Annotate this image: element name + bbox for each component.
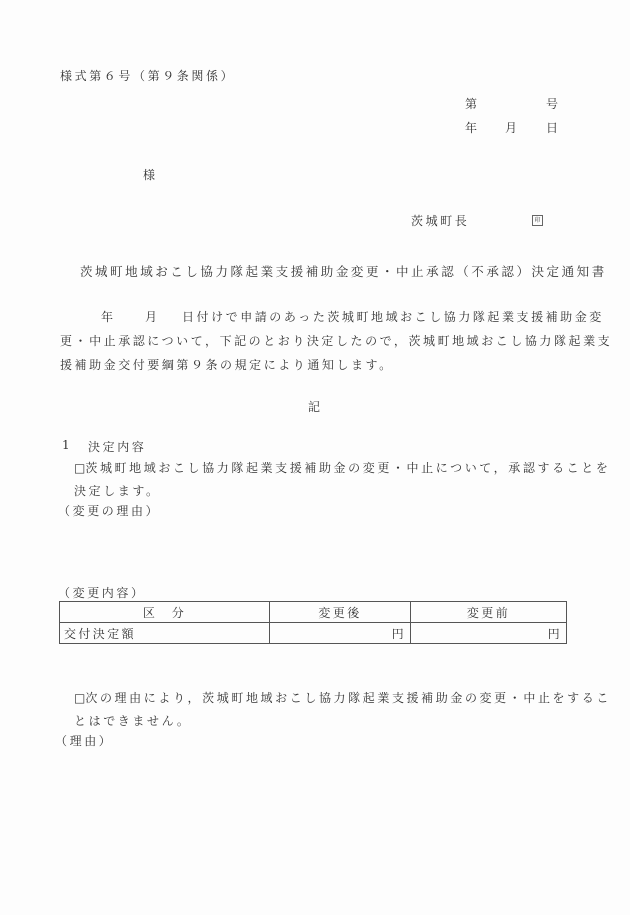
body-line-3: 援補助金交付要綱第９条の規定により通知します。 <box>60 356 394 373</box>
date-year-label: 年 <box>465 119 477 136</box>
reason-label: （理由） <box>55 732 113 749</box>
date-day-label: 日 <box>546 119 558 136</box>
addressee-suffix: 様 <box>143 166 155 183</box>
cell-category: 交付決定額 <box>60 623 270 644</box>
body-line-2: 更・中止承認について，下記のとおり決定したので，茨城町地域おこし協力隊起業支 <box>60 332 612 349</box>
approve-text-line-1: 茨城町地域おこし協力隊起業支援補助金の変更・中止について，承認することを <box>85 461 610 475</box>
approve-option[interactable]: □茨城町地域おこし協力隊起業支援補助金の変更・中止について，承認することを <box>74 459 610 476</box>
approve-checkbox[interactable]: □ <box>74 461 85 475</box>
section-number: 1 <box>62 438 70 452</box>
document-number-suffix: 号 <box>546 95 558 112</box>
document-title: 茨城町地域おこし協力隊起業支援補助金変更・中止承認（不承認）決定通知書 <box>80 262 607 280</box>
reject-text-line-2: とはできません。 <box>74 712 192 729</box>
section-heading: 決定内容 <box>88 438 146 455</box>
change-content-label: （変更内容） <box>58 584 146 601</box>
header-after: 変更後 <box>270 602 411 623</box>
body-year: 年 <box>101 308 116 325</box>
sender-name: 茨城町長 <box>411 212 469 229</box>
seal-mark: 印 <box>532 213 543 227</box>
body-month: 月 <box>145 308 160 325</box>
table-header-row: 区 分 変更後 変更前 <box>60 602 567 623</box>
change-reason-label: （変更の理由） <box>58 502 160 519</box>
table-row: 交付決定額 円 円 <box>60 623 567 644</box>
seal-icon: 印 <box>532 215 543 226</box>
reject-text-line-1: 次の理由により，茨城町地域おこし協力隊起業支援補助金の変更・中止をするこ <box>85 691 611 705</box>
ki-heading: 記 <box>308 398 320 415</box>
document-number-prefix: 第 <box>465 95 477 112</box>
form-number: 様式第６号（第９条関係） <box>60 67 235 84</box>
cell-before-amount[interactable]: 円 <box>411 623 567 644</box>
approve-text-line-2: 決定します。 <box>74 482 161 499</box>
header-before: 変更前 <box>411 602 567 623</box>
reject-option[interactable]: □次の理由により，茨城町地域おこし協力隊起業支援補助金の変更・中止をするこ <box>74 689 611 706</box>
date-month-label: 月 <box>505 119 517 136</box>
header-category: 区 分 <box>60 602 270 623</box>
change-content-table: 区 分 変更後 変更前 交付決定額 円 円 <box>59 601 567 644</box>
reject-checkbox[interactable]: □ <box>74 691 85 705</box>
cell-after-amount[interactable]: 円 <box>270 623 411 644</box>
body-line-1: 日付けで申請のあった茨城町地域おこし協力隊起業支援補助金変 <box>182 308 604 325</box>
